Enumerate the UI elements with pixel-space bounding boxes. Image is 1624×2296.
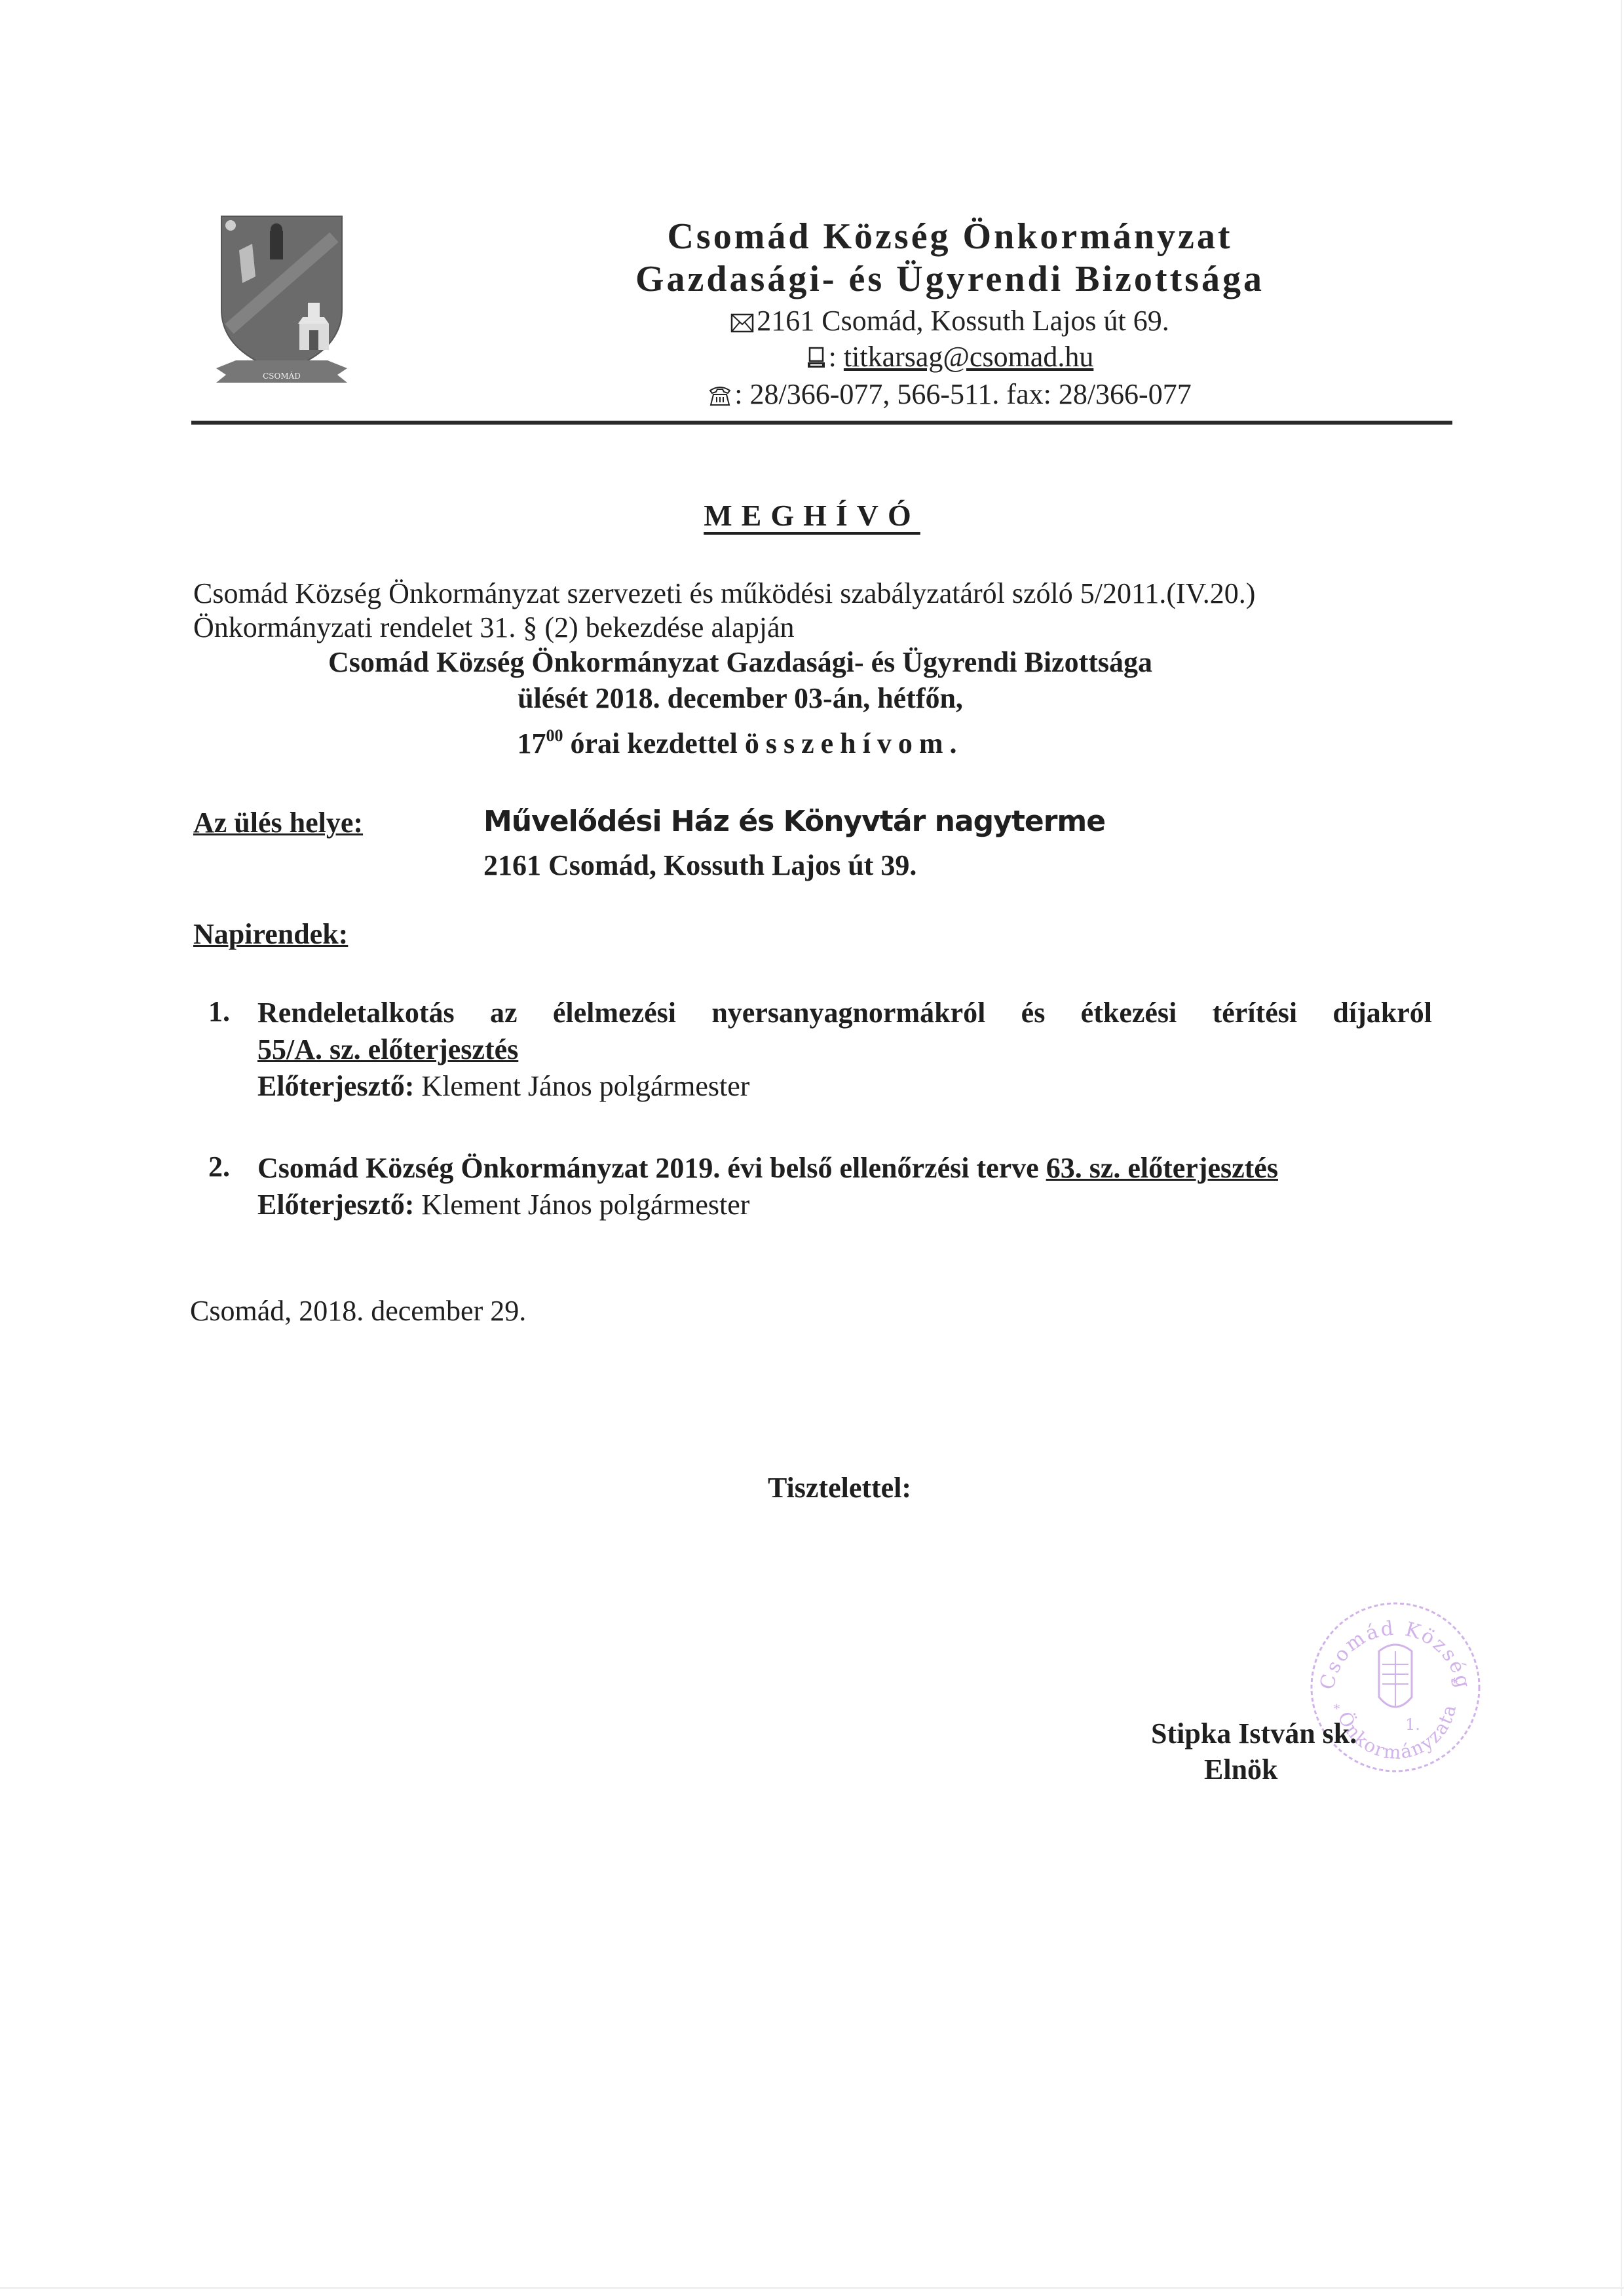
agenda-item-number: 1. bbox=[208, 995, 230, 1028]
svg-text:*: * bbox=[1451, 1674, 1458, 1691]
presenter-label: Előterjesztő: bbox=[257, 1070, 414, 1102]
committee-name: Gazdasági- és Ügyrendi Bizottsága bbox=[459, 259, 1441, 299]
agenda-label: Napirendek: bbox=[193, 917, 348, 951]
phone-line: : 28/366-077, 566-511. fax: 28/366-077 bbox=[459, 378, 1441, 413]
postal-address: 2161 Csomád, Kossuth Lajos út 69. bbox=[459, 305, 1441, 340]
location-name: Művelődési Ház és Könyvtár nagyterme bbox=[483, 805, 1105, 838]
envelope-icon bbox=[730, 307, 754, 340]
phone-text: : 28/366-077, 566-511. fax: 28/366-077 bbox=[734, 378, 1191, 410]
svg-text:CSOMÁD: CSOMÁD bbox=[263, 371, 301, 381]
presenter-name: Klement János polgármester bbox=[414, 1189, 749, 1221]
header-divider bbox=[191, 421, 1452, 425]
proposal-reference[interactable]: 55/A. sz. előterjesztés bbox=[257, 1033, 518, 1065]
location-label: Az ülés helye: bbox=[193, 806, 363, 839]
svg-text:1.: 1. bbox=[1405, 1715, 1420, 1734]
meeting-time: 1700 órai kezdettel összehívom. bbox=[193, 719, 1287, 761]
agenda-item: Csomád Község Önkormányzat 2019. évi bel… bbox=[257, 1150, 1437, 1223]
intro-paragraph: Csomád Község Önkormányzat szervezeti és… bbox=[193, 577, 1438, 645]
coat-of-arms-logo: CSOMÁD bbox=[216, 211, 347, 388]
proposal-reference[interactable]: 63. sz. előterjesztés bbox=[1046, 1152, 1278, 1184]
location-address: 2161 Csomád, Kossuth Lajos út 39. bbox=[483, 849, 916, 882]
telephone-icon bbox=[708, 381, 732, 413]
signatory-name: Stipka István sk. bbox=[1151, 1717, 1357, 1750]
organization-name: Csomád Község Önkormányzat bbox=[459, 216, 1441, 257]
place-and-date: Csomád, 2018. december 29. bbox=[190, 1294, 526, 1328]
document-title: MEGHÍVÓ bbox=[0, 498, 1624, 533]
closing-greeting: Tisztelettel: bbox=[768, 1471, 911, 1504]
scan-edge bbox=[0, 2287, 1624, 2289]
signatory-title: Elnök bbox=[1204, 1753, 1278, 1786]
presenter-label: Előterjesztő: bbox=[257, 1189, 414, 1221]
agenda-item-title: Rendeletalkotás az élelmezési nyersanyag… bbox=[257, 995, 1432, 1031]
agenda-item-number: 2. bbox=[208, 1150, 230, 1183]
svg-text:*: * bbox=[1333, 1700, 1340, 1717]
address-text: 2161 Csomád, Kossuth Lajos út 69. bbox=[757, 305, 1169, 337]
email-link[interactable]: titkarsag@csomad.hu bbox=[844, 341, 1093, 373]
agenda-item: Rendeletalkotás az élelmezési nyersanyag… bbox=[257, 995, 1437, 1105]
email-line: : titkarsag@csomad.hu bbox=[459, 341, 1441, 376]
convened-body: Csomád Község Önkormányzat Gazdasági- és… bbox=[193, 645, 1287, 679]
meeting-date: ülését 2018. december 03-án, hétfőn, bbox=[193, 681, 1287, 716]
computer-icon bbox=[806, 343, 826, 376]
agenda-item-title: Csomád Község Önkormányzat 2019. évi bel… bbox=[257, 1152, 1046, 1184]
presenter-name: Klement János polgármester bbox=[414, 1070, 749, 1102]
scan-edge bbox=[1621, 0, 1622, 2296]
